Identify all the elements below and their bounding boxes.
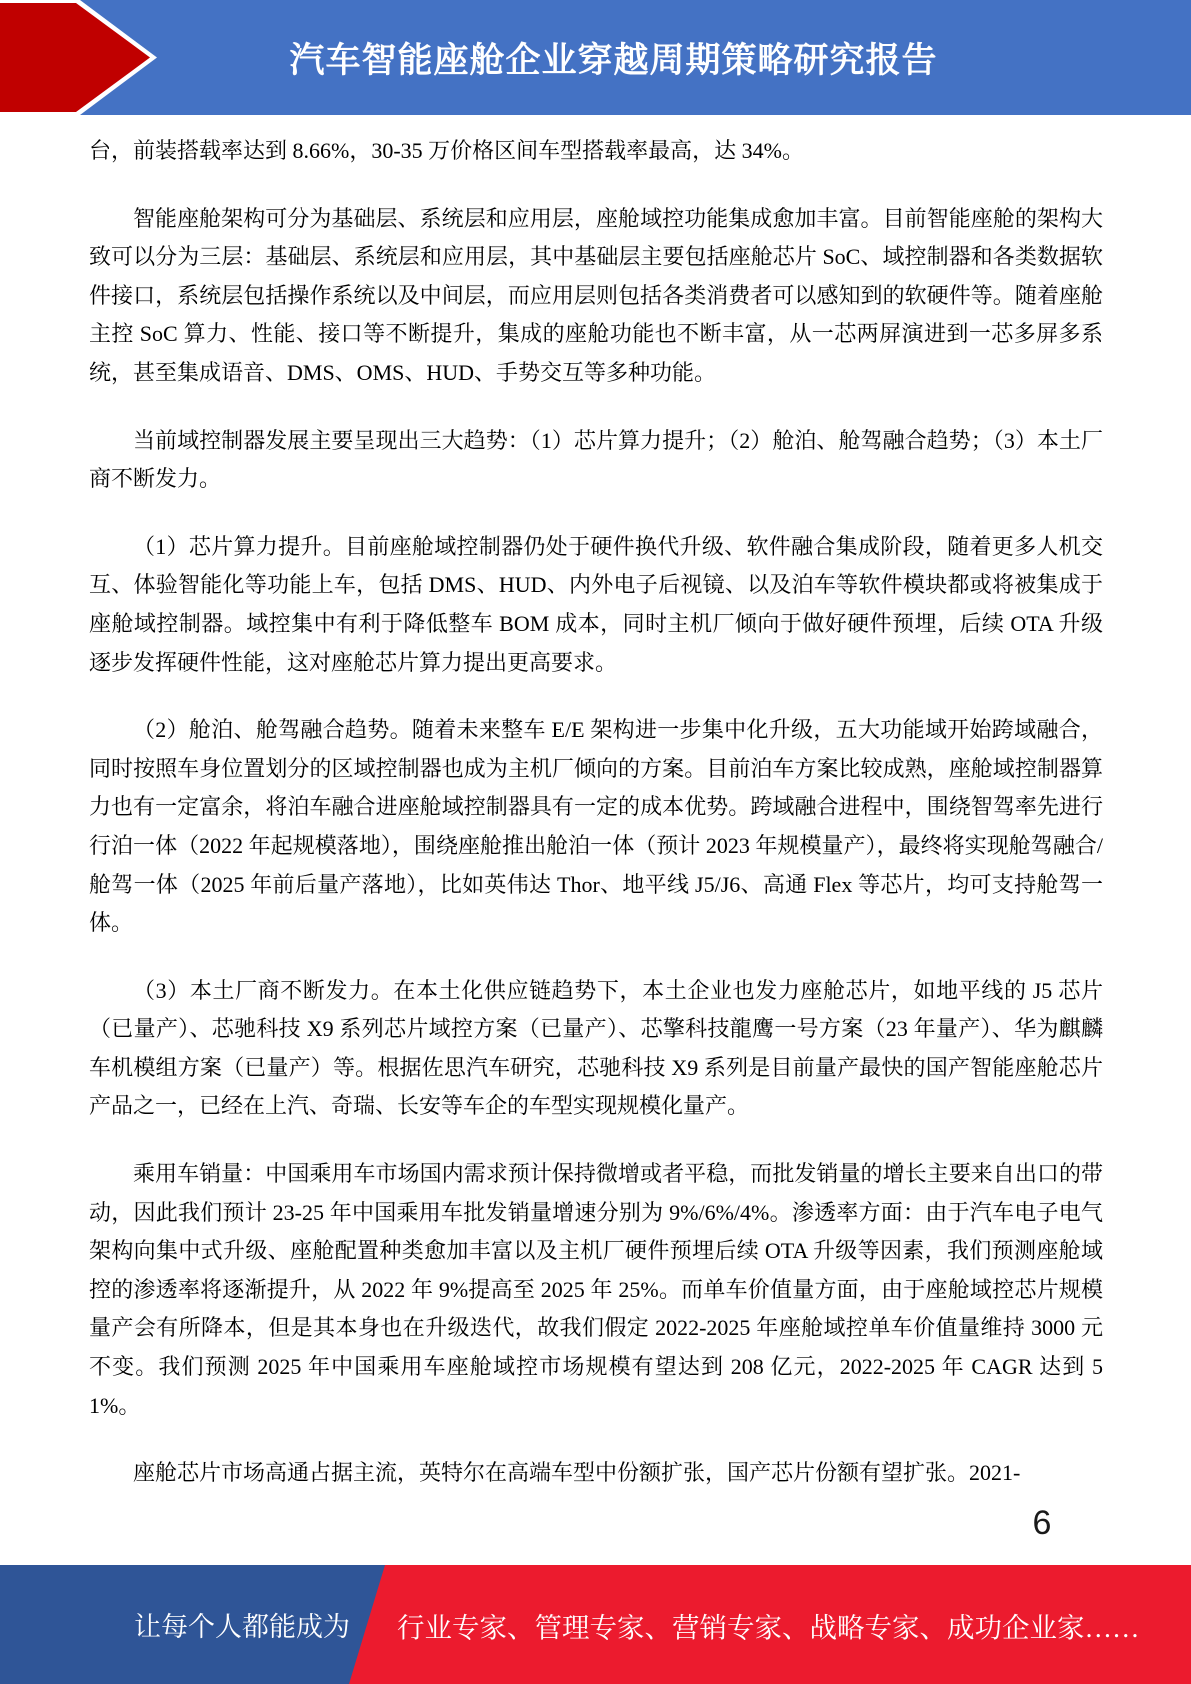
- body-paragraph-5: （2）舱泊、舱驾融合趋势。随着未来整车 E/E 架构进一步集中化升级，五大功能域…: [89, 711, 1103, 943]
- footer-slogan-left: 让每个人都能成为: [0, 1565, 350, 1684]
- body-paragraph-6: （3）本土厂商不断发力。在本土化供应链趋势下，本土企业也发力座舱芯片，如地平线的…: [89, 972, 1103, 1126]
- body-paragraph-8: 座舱芯片市场高通占据主流，英特尔在高端车型中份额扩张，国产芯片份额有望扩张。20…: [89, 1454, 1103, 1493]
- page-footer: 让每个人都能成为 行业专家、管理专家、营销专家、战略专家、成功企业家……: [0, 1565, 1191, 1684]
- report-page: 汽车智能座舱企业穿越周期策略研究报告 台，前装搭载率达到 8.66%，30-35…: [0, 0, 1191, 1684]
- body-paragraph-3: 当前域控制器发展主要呈现出三大趋势：（1）芯片算力提升；（2）舱泊、舱驾融合趋势…: [89, 422, 1103, 499]
- page-title: 汽车智能座舱企业穿越周期策略研究报告: [0, 0, 1191, 115]
- footer-slogan-right: 行业专家、管理专家、营销专家、战略专家、成功企业家……: [397, 1565, 1181, 1684]
- page-header: 汽车智能座舱企业穿越周期策略研究报告: [0, 0, 1191, 115]
- body-paragraph-1: 台，前装搭载率达到 8.66%，30-35 万价格区间车型搭载率最高，达 34%…: [89, 132, 1103, 171]
- body-paragraph-2: 智能座舱架构可分为基础层、系统层和应用层，座舱域控功能集成愈加丰富。目前智能座舱…: [89, 200, 1103, 393]
- document-body: 台，前装搭载率达到 8.66%，30-35 万价格区间车型搭载率最高，达 34%…: [0, 115, 1191, 1493]
- page-number: 6: [1012, 1504, 1072, 1543]
- body-paragraph-4: （1）芯片算力提升。目前座舱域控制器仍处于硬件换代升级、软件融合集成阶段，随着更…: [89, 528, 1103, 682]
- body-paragraph-7: 乘用车销量：中国乘用车市场国内需求预计保持微增或者平稳，而批发销量的增长主要来自…: [89, 1155, 1103, 1425]
